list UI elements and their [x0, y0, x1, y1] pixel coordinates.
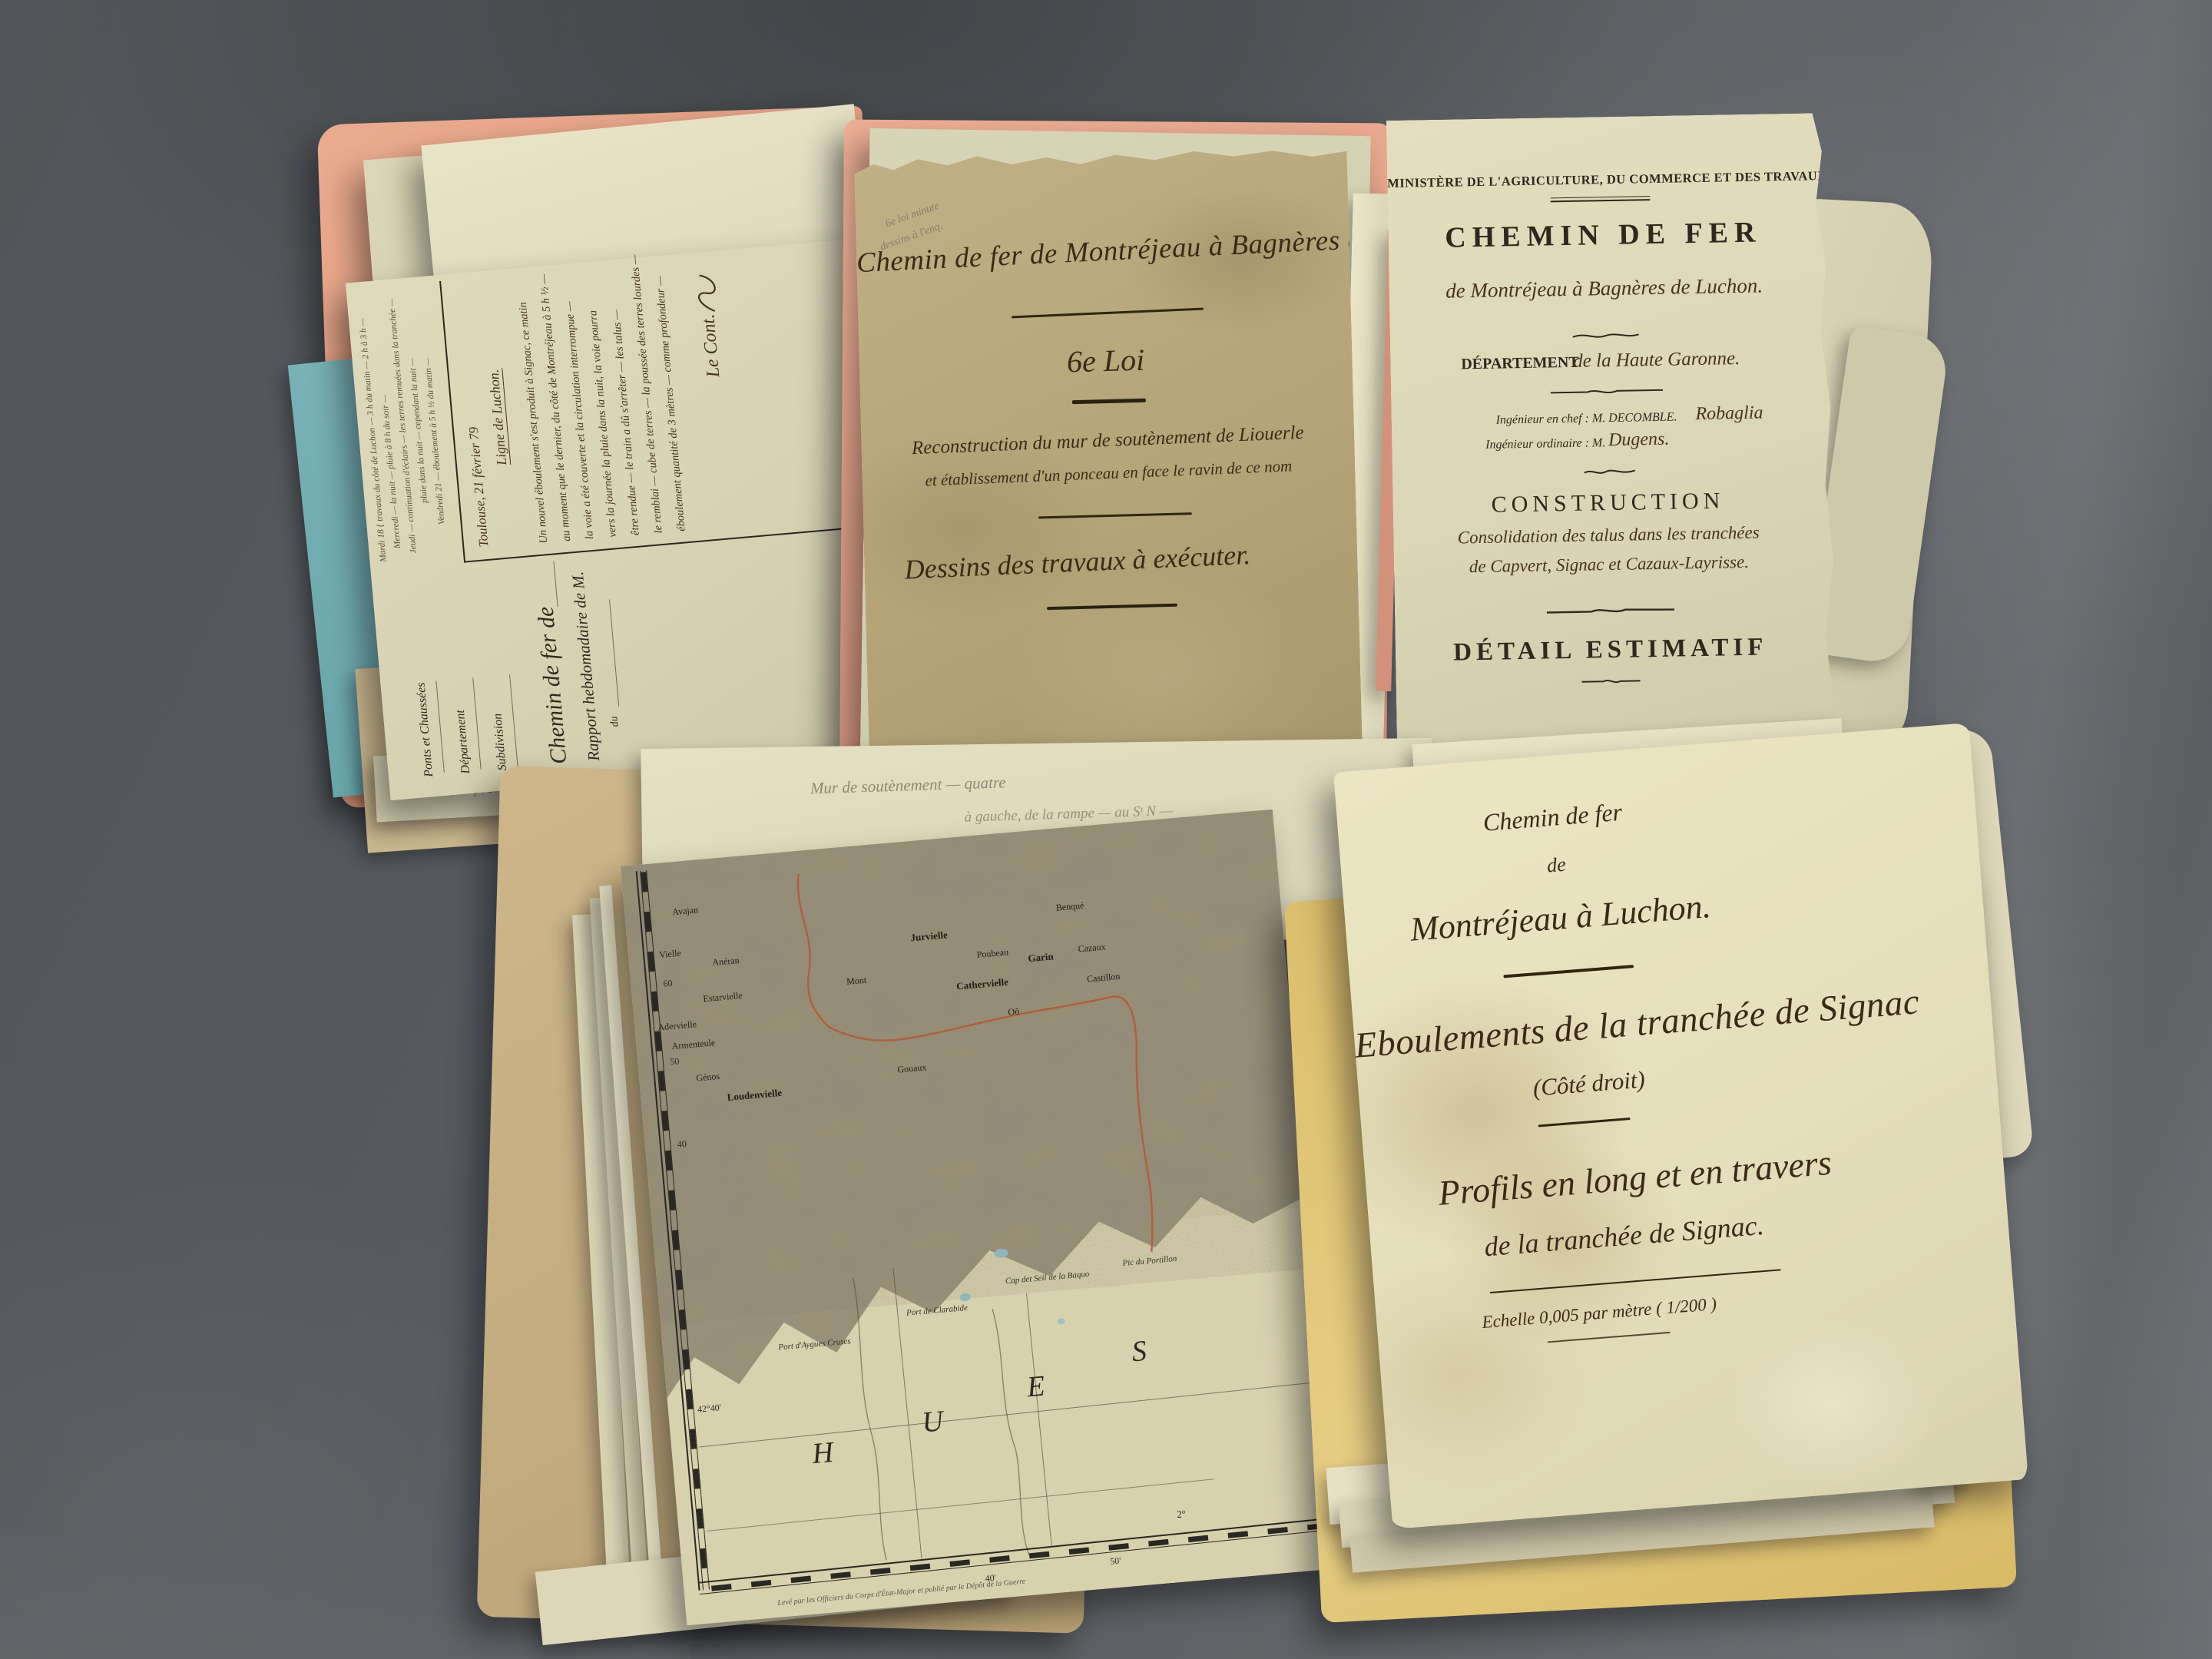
dept-label: DÉPARTEMENT: [1461, 354, 1579, 374]
ing-chef-label: Ingénieur en chef : M. DECOMBLE.: [1495, 411, 1677, 428]
map-bottom-number: 50': [1110, 1555, 1121, 1568]
report-table-box: Toulouse, 21 février 79 Ligne de Luchon.…: [439, 245, 876, 562]
map-corner-coord: 42°40': [697, 1402, 721, 1416]
br-line-3: Montréjeau à Luchon.: [1345, 881, 1777, 954]
chemin-de-fer-title: CHEMIN DE FER: [1388, 214, 1819, 256]
map-engraving: [621, 810, 1339, 1625]
form-du: du: [608, 716, 621, 727]
flourish-1: [1571, 329, 1641, 342]
form-title-script: Chemin de fer de: [533, 605, 573, 765]
flourish-2: [1549, 386, 1664, 398]
cover-recon-1: Reconstruction du mur de soutènement de …: [861, 420, 1355, 462]
flourish-5: [1580, 677, 1641, 685]
signature-paraph: [688, 269, 726, 318]
cover-dessins: Dessins des travaux à exécuter.: [904, 532, 1398, 586]
right-doc-sheet: MINISTÈRE DE L'AGRICULTURE, DU COMMERCE …: [1386, 113, 1836, 760]
br-cover: Chemin de fer de Montréjeau à Luchon. Eb…: [1333, 723, 2028, 1529]
detail-estimatif: DÉTAIL ESTIMATIF: [1396, 632, 1826, 668]
map-big-letter: U: [921, 1404, 945, 1439]
photo-of-archive-documents: { "left_doc": { "admin": { "l1": "Ponts …: [0, 0, 2212, 1659]
map-pencil-note-1: Mur de soutènement — quatre: [810, 773, 1006, 798]
report-ligne: Ligne de Luchon.: [485, 369, 511, 466]
map-label: Cazaux: [1078, 941, 1106, 955]
report-signature: Le Cont.: [698, 313, 724, 379]
br-line-1: Chemin de fer: [1337, 786, 1768, 849]
topographic-map: Avajan Anéran Vielle Estarvielle Adervie…: [621, 810, 1339, 1625]
dept-value: de la Haute Garonne.: [1573, 348, 1740, 373]
consolidation-2: de Capvert, Signac et Cazaux-Layrisse.: [1394, 551, 1824, 578]
map-bottom-number: 2°: [1177, 1508, 1187, 1521]
report-date: Toulouse, 21 février 79: [466, 426, 492, 548]
admin-subdivision: Subdivision: [491, 713, 509, 771]
weekly-report-content: Ponts et Chaussées Département Subdivisi…: [346, 238, 908, 800]
consolidation-1: Consolidation des talus dans les tranché…: [1393, 522, 1823, 549]
ing-ord-label: Ingénieur ordinaire : M.: [1485, 436, 1605, 452]
cover-recon-2: et établissement d'un ponceau en face le…: [862, 454, 1355, 493]
map-big-letter: H: [811, 1435, 835, 1471]
admin-departement: Département: [454, 709, 473, 774]
cover-loi: 6e Loi: [859, 336, 1353, 386]
br-line-5: (Côté droit): [1358, 1052, 1820, 1116]
ing-ord-hand: Dugens.: [1608, 429, 1670, 451]
ministry-line: MINISTÈRE DE L'AGRICULTURE, DU COMMERCE …: [1387, 168, 1817, 191]
line-script: de Montréjeau à Bagnères de Luchon.: [1389, 273, 1819, 304]
map-label: Vielle: [659, 948, 682, 961]
map-label: Anéran: [712, 955, 740, 969]
map-label: Garin: [1028, 950, 1055, 965]
flourish-4: [1545, 604, 1676, 618]
map-left-number: 50: [670, 1055, 680, 1068]
admin-ponts-et-chaussees: Ponts et Chaussées: [415, 682, 437, 778]
map-left-number: 60: [663, 978, 673, 990]
map-big-letter: S: [1131, 1334, 1148, 1369]
ing-chef-hand: Robaglia: [1695, 403, 1763, 426]
br-line-8: Echelle 0,005 par mètre ( 1/200 ): [1376, 1286, 1822, 1340]
map-label: Benqué: [1055, 900, 1084, 914]
map-label: Mont: [846, 975, 867, 988]
construction-title: CONSTRUCTION: [1392, 486, 1823, 520]
map-left-number: 40: [677, 1138, 687, 1151]
center-cover: 6e loi minute dessins à l'enq. Chemin de…: [854, 146, 1363, 778]
map-label: Oô: [1008, 1006, 1020, 1018]
map-big-letter: E: [1025, 1369, 1046, 1405]
map-label: Avajan: [672, 904, 699, 918]
flourish-3: [1583, 466, 1637, 476]
form-rapport-line: Rapport hebdomadaire de M.: [568, 571, 604, 762]
br-line-2: de: [1341, 837, 1772, 894]
weekly-report-page: Ponts et Chaussées Département Subdivisi…: [346, 238, 908, 800]
map-label: Génos: [696, 1071, 720, 1084]
